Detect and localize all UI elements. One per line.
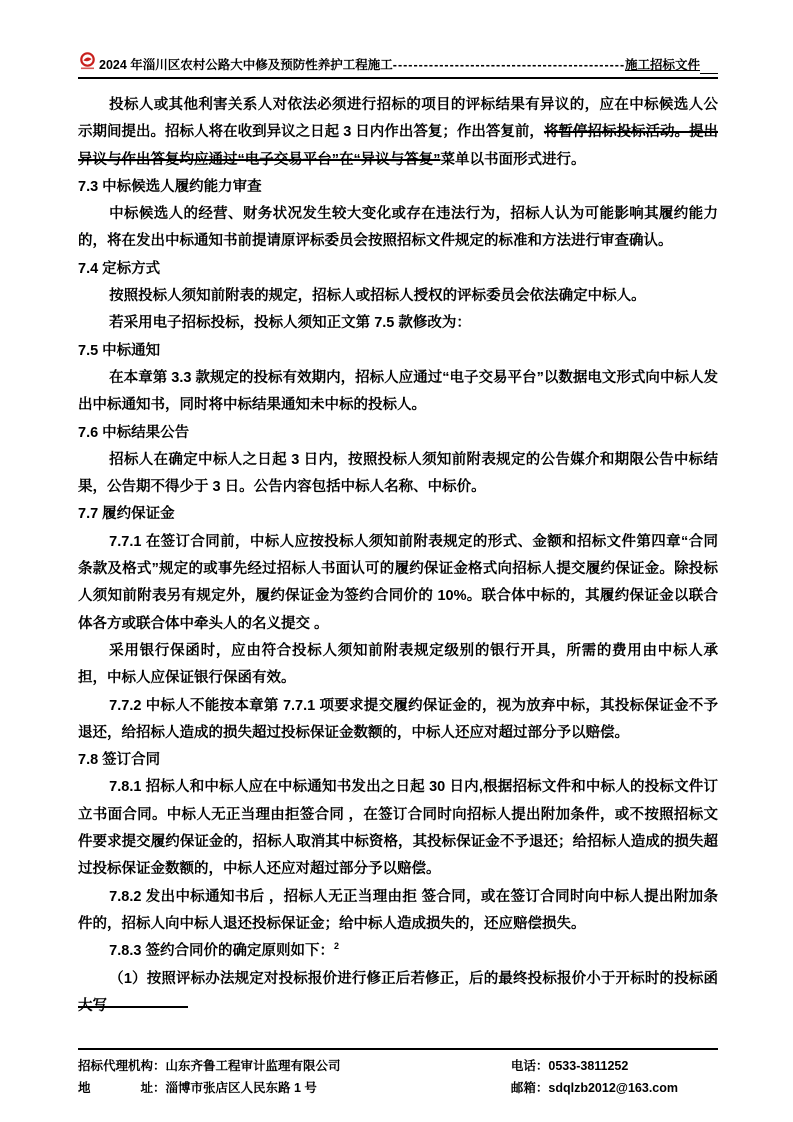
- paragraph: 采用银行保函时，应由符合投标人须知前附表规定级别的银行开具，所需的费用由中标人承…: [78, 638, 718, 693]
- footer-agency-label: 招标代理机构：: [78, 1059, 166, 1073]
- text-run: 7.8.3 签约合同价的确定原则如下：: [109, 943, 334, 959]
- text-run: 7.6 中标结果公告: [78, 425, 189, 441]
- text-run: 中标候选人的经营、财务状况发生较大变化或存在违法行为，招标人认为可能影响其履约能…: [78, 206, 718, 249]
- section-heading: 7.3 中标候选人履约能力审查: [78, 174, 718, 201]
- footer-phone-row: 电话：0533-3811252: [511, 1055, 678, 1077]
- header-doc-type: 施工招标文件: [625, 56, 700, 74]
- section-heading: 7.6 中标结果公告: [78, 420, 718, 447]
- header-title: 2024 年淄川区农村公路大中修及预防性养护工程施工: [99, 56, 393, 74]
- text-run: 7.7 履约保证金: [78, 506, 175, 522]
- text-run: 7.8 签订合同: [78, 752, 160, 768]
- text-run: 采用银行保函时，应由符合投标人须知前附表规定级别的银行开具，所需的费用由中标人承…: [78, 643, 718, 686]
- document-page: 2024 年淄川区农村公路大中修及预防性养护工程施工 -------------…: [0, 0, 793, 1122]
- paragraph: 按照投标人须知前附表的规定，招标人或招标人授权的评标委员会依法确定中标人。: [78, 283, 718, 310]
- header-underline-tail: [700, 59, 718, 74]
- paragraph: 投标人或其他利害关系人对依法必须进行招标的项目的评标结果有异议的，应在中标候选人…: [78, 92, 718, 174]
- paragraph: 7.8.3 签约合同价的确定原则如下：2: [78, 938, 718, 965]
- text-run: 招标人在确定中标人之日起 3 日内，按照投标人须知前附表规定的公告媒介和期限公告…: [78, 452, 718, 495]
- paragraph: 在本章第 3.3 款规定的投标有效期内，招标人应通过“电子交易平台”以数据电文形…: [78, 365, 718, 420]
- text-run: 7.8.1 招标人和中标人应在中标通知书发出之日起 30 日内,根据招标文件和中…: [78, 779, 718, 877]
- text-run: 7.5 中标通知: [78, 343, 160, 359]
- paragraph: 7.8.1 招标人和中标人应在中标通知书发出之日起 30 日内,根据招标文件和中…: [78, 774, 718, 883]
- footnote-separator-rule: [78, 1006, 188, 1008]
- section-heading: 7.7 履约保证金: [78, 501, 718, 528]
- paragraph: 7.7.1 在签订合同前，中标人应按投标人须知前附表规定的形式、金额和招标文件第…: [78, 529, 718, 638]
- paragraph: （1）按照评标办法规定对投标报价进行修正后若修正，后的最终投标报价小于开标时的投…: [78, 966, 718, 1021]
- paragraph: 7.7.2 中标人不能按本章第 7.7.1 项要求提交履约保证金的，视为放弃中标…: [78, 693, 718, 748]
- header-dashes: ----------------------------------------…: [393, 56, 625, 74]
- paragraph: 7.8.2 发出中标通知书后 ，招标人无正当理由拒 签合同，或在签订合同时向中标…: [78, 884, 718, 939]
- text-run: 7.8.2 发出中标通知书后 ，招标人无正当理由拒 签合同，或在签订合同时向中标…: [78, 889, 718, 932]
- footer-contact-block: 电话：0533-3811252 邮箱：sdqlzb2012@163.com: [511, 1055, 678, 1099]
- text-run: 按照投标人须知前附表的规定，招标人或招标人授权的评标委员会依法确定中标人。: [109, 288, 646, 304]
- section-heading: 7.5 中标通知: [78, 338, 718, 365]
- text-run: 若采用电子招标投标，投标人须知正文第 7.5 款修改为：: [109, 315, 471, 331]
- footer-address-label: 地 址：: [78, 1081, 166, 1095]
- text-run: 7.7.1 在签订合同前，中标人应按投标人须知前附表规定的形式、金额和招标文件第…: [78, 534, 718, 632]
- page-header: 2024 年淄川区农村公路大中修及预防性养护工程施工 -------------…: [78, 50, 718, 79]
- text-run: 在本章第 3.3 款规定的投标有效期内，招标人应通过“电子交易平台”以数据电文形…: [78, 370, 718, 413]
- footer-email-value: sdqlzb2012@163.com: [548, 1081, 678, 1095]
- red-emblem-logo-icon: [78, 52, 97, 76]
- footer-agency-row: 招标代理机构：山东齐鲁工程审计监理有限公司: [78, 1055, 341, 1077]
- paragraph: 若采用电子招标投标，投标人须知正文第 7.5 款修改为：: [78, 310, 718, 337]
- footer-address-value: 淄博市张店区人民东路 1 号: [166, 1081, 317, 1095]
- page-footer: 招标代理机构：山东齐鲁工程审计监理有限公司 地 址：淄博市张店区人民东路 1 号…: [78, 1048, 718, 1099]
- text-run: 7.3 中标候选人履约能力审查: [78, 179, 262, 195]
- text-run: 菜单以书面形式进行。: [441, 152, 586, 168]
- footnote-reference: 2: [334, 941, 339, 951]
- footer-phone-label: 电话：: [511, 1059, 549, 1073]
- text-run: 7.7.2 中标人不能按本章第 7.7.1 项要求提交履约保证金的，视为放弃中标…: [78, 698, 718, 741]
- section-heading: 7.4 定标方式: [78, 256, 718, 283]
- text-run: 7.4 定标方式: [78, 261, 160, 277]
- paragraph: 中标候选人的经营、财务状况发生较大变化或存在违法行为，招标人认为可能影响其履约能…: [78, 201, 718, 256]
- footer-agency-value: 山东齐鲁工程审计监理有限公司: [166, 1059, 341, 1073]
- section-heading: 7.8 签订合同: [78, 747, 718, 774]
- document-body: 投标人或其他利害关系人对依法必须进行招标的项目的评标结果有异议的，应在中标候选人…: [78, 92, 718, 1020]
- footer-agency-block: 招标代理机构：山东齐鲁工程审计监理有限公司 地 址：淄博市张店区人民东路 1 号: [78, 1055, 341, 1099]
- footer-phone-value: 0533-3811252: [548, 1059, 628, 1073]
- footer-address-row: 地 址：淄博市张店区人民东路 1 号: [78, 1077, 341, 1099]
- paragraph: 招标人在确定中标人之日起 3 日内，按照投标人须知前附表规定的公告媒介和期限公告…: [78, 447, 718, 502]
- footer-email-label: 邮箱：: [511, 1081, 549, 1095]
- footer-email-row: 邮箱：sdqlzb2012@163.com: [511, 1077, 678, 1099]
